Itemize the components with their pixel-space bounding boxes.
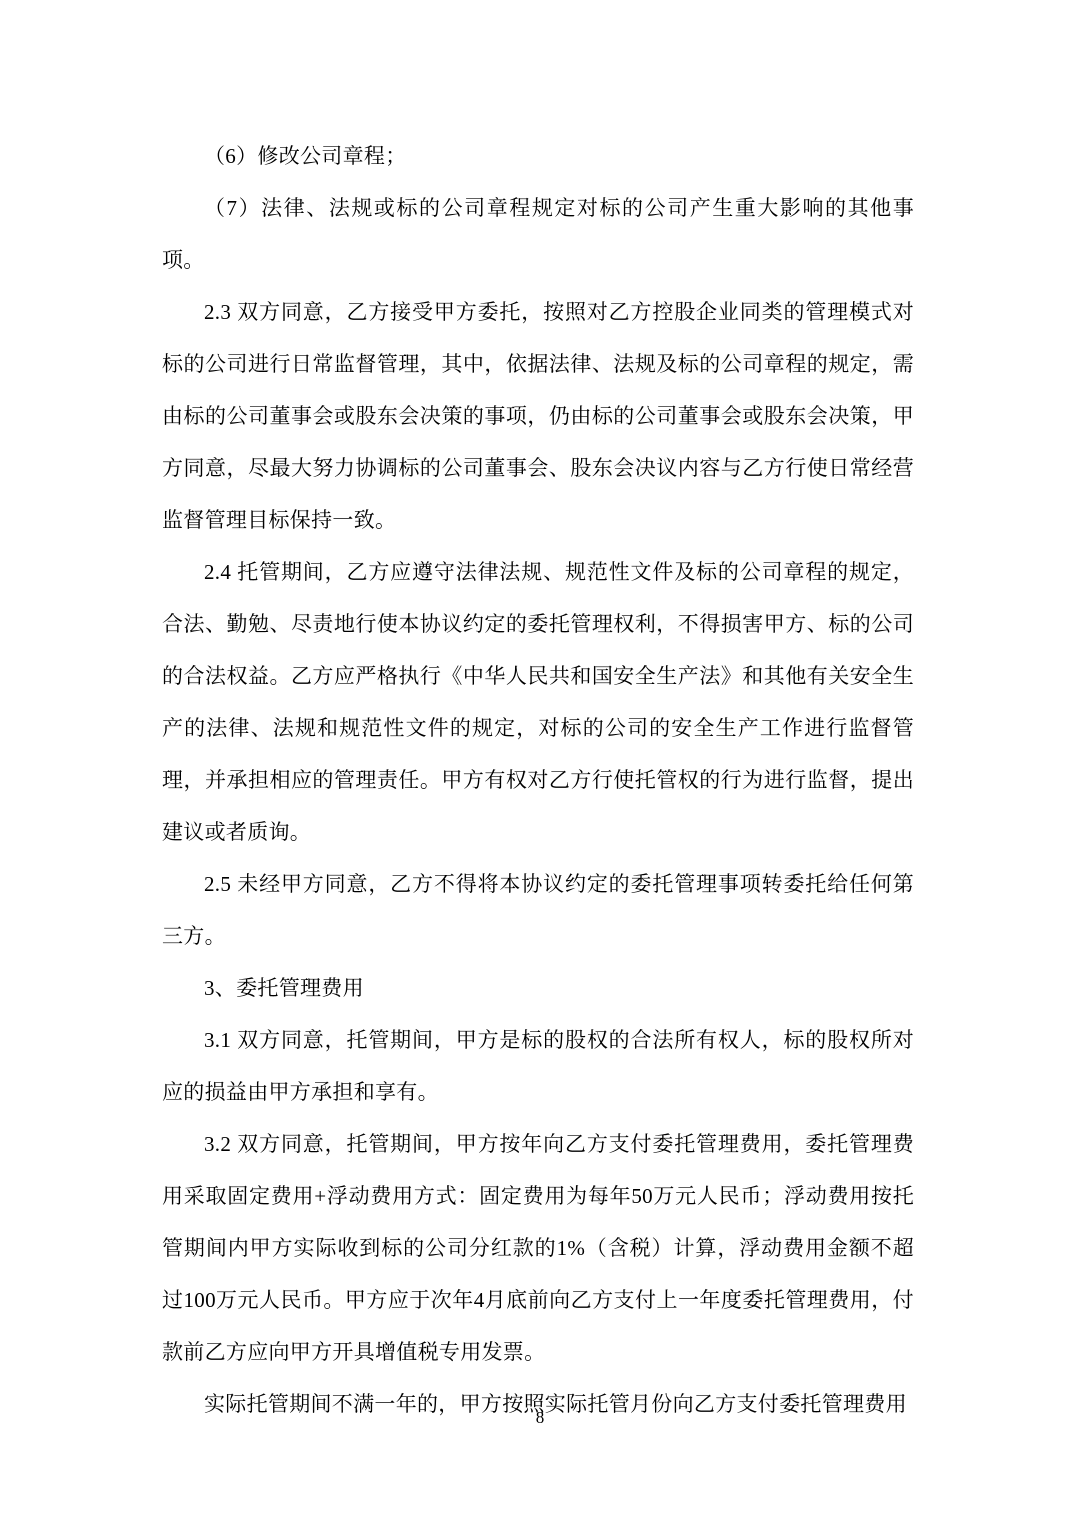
paragraph-3-2: 3.2 双方同意，托管期间，甲方按年向乙方支付委托管理费用，委托管理费用采取固定… xyxy=(162,1118,914,1378)
paragraph-item-7: （7）法律、法规或标的公司章程规定对标的公司产生重大影响的其他事项。 xyxy=(162,182,914,286)
paragraph-3-1: 3.1 双方同意，托管期间，甲方是标的股权的合法所有权人，标的股权所对应的损益由… xyxy=(162,1014,914,1118)
page-number: 8 xyxy=(0,1405,1080,1431)
document-body: （6）修改公司章程； （7）法律、法规或标的公司章程规定对标的公司产生重大影响的… xyxy=(162,130,914,1430)
paragraph-2-3: 2.3 双方同意，乙方接受甲方委托，按照对乙方控股企业同类的管理模式对标的公司进… xyxy=(162,286,914,546)
section-heading-3: 3、委托管理费用 xyxy=(162,962,914,1014)
paragraph-item-6: （6）修改公司章程； xyxy=(162,130,914,182)
document-page: （6）修改公司章程； （7）法律、法规或标的公司章程规定对标的公司产生重大影响的… xyxy=(0,0,1080,1527)
paragraph-2-5: 2.5 未经甲方同意，乙方不得将本协议约定的委托管理事项转委托给任何第三方。 xyxy=(162,858,914,962)
paragraph-2-4: 2.4 托管期间，乙方应遵守法律法规、规范性文件及标的公司章程的规定，合法、勤勉… xyxy=(162,546,914,858)
